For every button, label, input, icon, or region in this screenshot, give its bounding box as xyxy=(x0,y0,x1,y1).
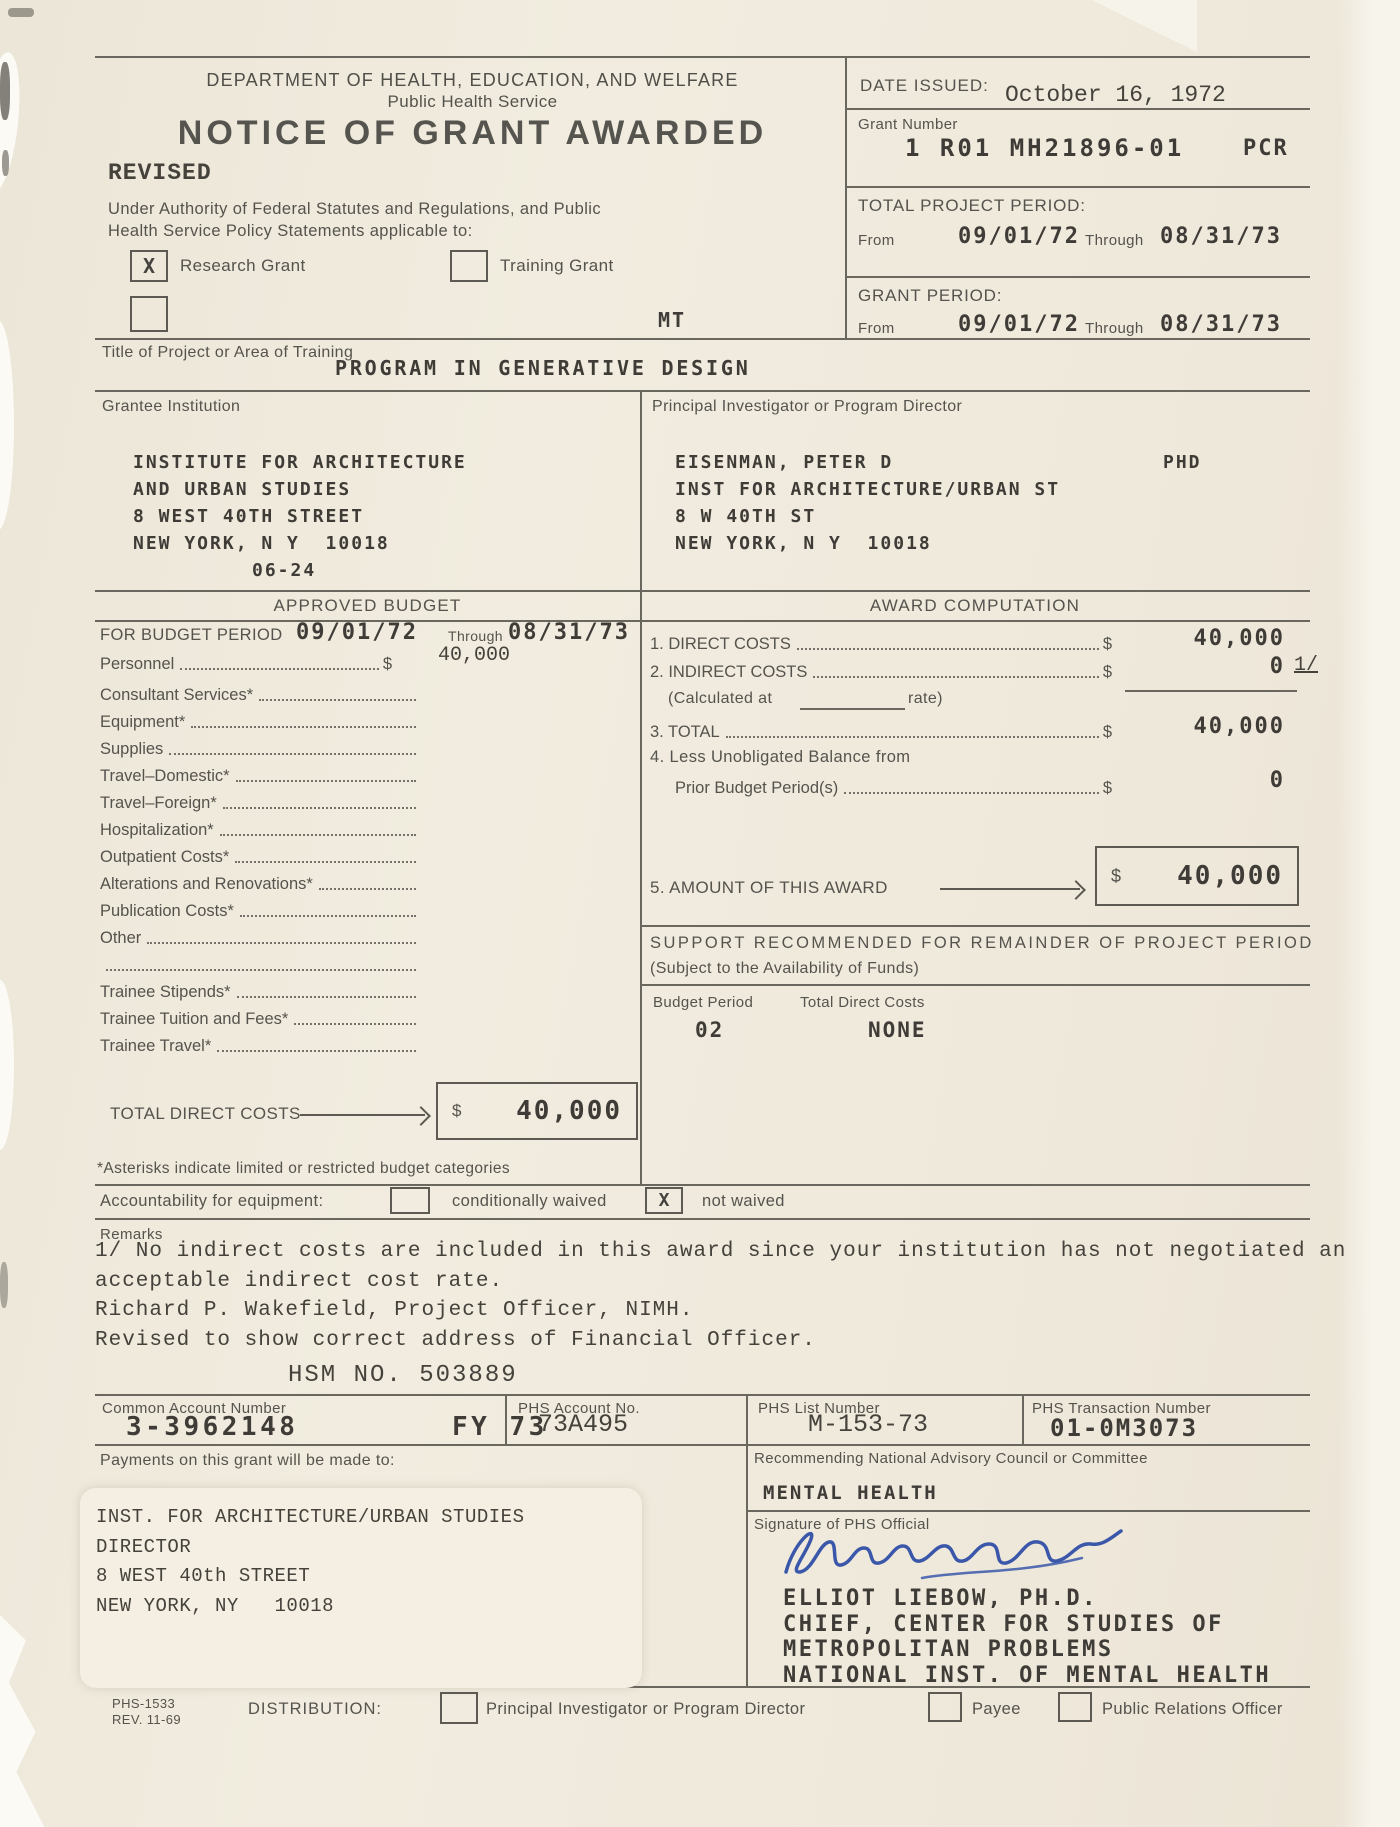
remarks-text: 1/ No indirect costs are included in thi… xyxy=(95,1240,1346,1358)
payee-address-line: DIRECTOR xyxy=(96,1536,524,1566)
amount-of-award-label: 5. AMOUNT OF THIS AWARD xyxy=(650,878,888,898)
budget-through-label: Through xyxy=(448,628,503,644)
edge-smudge xyxy=(0,62,10,120)
personnel-row: Personnel $ xyxy=(100,650,392,674)
phs-account-value: 73A495 xyxy=(538,1410,628,1439)
rule xyxy=(95,1184,1310,1186)
budget-item: Trainee Travel* xyxy=(100,1032,420,1059)
total-arrow xyxy=(300,1114,425,1116)
dotted-leader xyxy=(235,861,416,863)
budget-item: Trainee Stipends* xyxy=(100,978,420,1005)
rule xyxy=(95,620,1310,622)
payee-address-line: NEW YORK, NY 10018 xyxy=(96,1595,524,1625)
support-budget-period-value: 02 xyxy=(695,1018,724,1042)
dotted-leader xyxy=(180,668,379,670)
budget-item: Travel–Foreign* xyxy=(100,789,420,816)
dotted-leader xyxy=(236,780,416,782)
date-issued-value: October 16, 1972 xyxy=(1005,82,1226,108)
table-divider xyxy=(1022,1394,1024,1444)
distribution-payee-label: Payee xyxy=(972,1700,1021,1719)
grantee-code: 06-24 xyxy=(252,560,316,581)
grant-number-suffix: PCR xyxy=(1243,136,1289,161)
payee-address: INST. FOR ARCHITECTURE/URBAN STUDIESDIRE… xyxy=(96,1506,524,1624)
empty-checkbox xyxy=(130,296,168,332)
budget-item-label: Outpatient Costs* xyxy=(100,848,229,867)
paper-right-edge xyxy=(1338,0,1400,1827)
research-grant-checkbox: X xyxy=(130,250,168,282)
rule xyxy=(95,1394,1310,1396)
budget-item-label: Alterations and Renovations* xyxy=(100,875,313,894)
form-title: NOTICE OF GRANT AWARDED xyxy=(95,114,850,153)
rule xyxy=(746,1510,1310,1512)
grant-from-date: 09/01/72 xyxy=(958,312,1080,337)
scanned-paper: DEPARTMENT OF HEALTH, EDUCATION, AND WEL… xyxy=(0,0,1400,1827)
remarks-line: acceptable indirect cost rate. xyxy=(95,1270,1346,1300)
budget-item-label: Publication Costs* xyxy=(100,902,234,921)
grant-through-date: 08/31/73 xyxy=(1160,312,1282,337)
budget-item-label: Trainee Travel* xyxy=(100,1037,211,1056)
grant-period-label: GRANT PERIOD: xyxy=(858,286,1002,306)
dollar-sign: $ xyxy=(383,655,392,674)
direct-costs-row: 1. DIRECT COSTS $ xyxy=(650,632,1112,654)
distribution-pro-label: Public Relations Officer xyxy=(1102,1700,1283,1719)
distribution-pro-checkbox xyxy=(1058,1692,1092,1722)
dotted-leader xyxy=(726,736,1099,738)
from-label: From xyxy=(858,320,895,337)
dollar-sign: $ xyxy=(1111,866,1121,887)
budget-item: Publication Costs* xyxy=(100,897,420,924)
award-computation-header: AWARD COMPUTATION xyxy=(640,596,1310,616)
rule xyxy=(845,276,1310,278)
budget-period-label: FOR BUDGET PERIOD xyxy=(100,626,283,645)
total-value: 40,000 xyxy=(1120,714,1285,739)
calculated-at-label: (Calculated at xyxy=(668,690,772,708)
budget-item-label: Trainee Stipends* xyxy=(100,983,231,1002)
support-total-direct-label: Total Direct Costs xyxy=(800,994,925,1011)
grant-number-value: 1 R01 MH21896-01 xyxy=(905,134,1184,162)
project-from-date: 09/01/72 xyxy=(958,224,1080,249)
dollar-sign: $ xyxy=(1103,635,1112,654)
dotted-leader xyxy=(217,1050,416,1052)
remarks-line: 1/ No indirect costs are included in thi… xyxy=(95,1240,1346,1270)
date-issued-label: DATE ISSUED: xyxy=(860,76,989,96)
dollar-sign: $ xyxy=(1103,663,1112,682)
indirect-footnote-ref: 1/ xyxy=(1294,654,1318,677)
budget-item-label: Hospitalization* xyxy=(100,821,214,840)
rule xyxy=(845,186,1310,188)
distribution-pi-checkbox xyxy=(440,1692,478,1724)
direct-costs-label: 1. DIRECT COSTS xyxy=(650,635,791,654)
official-title-line: NATIONAL INST. OF MENTAL HEALTH xyxy=(783,1663,1271,1689)
dotted-leader xyxy=(191,726,416,728)
budget-item: Supplies xyxy=(100,735,420,762)
asterisk-footnote: *Asterisks indicate limited or restricte… xyxy=(97,1160,510,1178)
distribution-payee-checkbox xyxy=(928,1692,962,1722)
investigator-address-line: INST FOR ARCHITECTURE/URBAN ST xyxy=(675,479,1060,506)
conditionally-waived-label: conditionally waived xyxy=(452,1192,607,1211)
grant-number-label: Grant Number xyxy=(858,116,958,133)
budget-period-from: 09/01/72 xyxy=(296,620,418,645)
phs-transaction-value: 01-0M3073 xyxy=(1050,1414,1198,1442)
torn-corner xyxy=(0,1615,74,1827)
form-revision: REV. 11-69 xyxy=(112,1712,181,1727)
budget-item-label: Supplies xyxy=(100,740,163,759)
payee-address-line: 8 WEST 40th STREET xyxy=(96,1565,524,1595)
budget-item-label: Travel–Foreign* xyxy=(100,794,217,813)
rule xyxy=(95,390,1310,392)
investigator-address: INST FOR ARCHITECTURE/URBAN ST8 W 40TH S… xyxy=(675,479,1060,560)
training-grant-label: Training Grant xyxy=(500,256,614,276)
budget-item: Hospitalization* xyxy=(100,816,420,843)
dollar-sign: $ xyxy=(452,1101,461,1121)
torn-edge xyxy=(0,980,14,1150)
torn-edge xyxy=(0,320,14,530)
edge-smudge xyxy=(8,8,34,17)
form-number: PHS-1533 xyxy=(112,1696,175,1711)
total-direct-costs-label: TOTAL DIRECT COSTS xyxy=(110,1104,301,1124)
dollar-sign: $ xyxy=(1103,779,1112,798)
indirect-costs-value: 0 xyxy=(1120,654,1285,679)
distribution-label: DISTRIBUTION: xyxy=(248,1700,382,1719)
dotted-leader xyxy=(294,1023,416,1025)
dotted-leader xyxy=(106,969,416,971)
dotted-leader xyxy=(844,792,1099,794)
budget-item-label: Consultant Services* xyxy=(100,686,253,705)
rule xyxy=(95,338,1310,340)
budget-item-label: Other xyxy=(100,929,141,948)
budget-period-through: 08/31/73 xyxy=(508,620,630,645)
authority-text: Health Service Policy Statements applica… xyxy=(108,222,473,241)
official-title-block: ELLIOT LIEBOW, PH.D.CHIEF, CENTER FOR ST… xyxy=(783,1586,1271,1688)
dotted-leader xyxy=(223,807,416,809)
through-label: Through xyxy=(1085,232,1144,249)
budget-item: Other xyxy=(100,924,420,951)
grantee-address-line: NEW YORK, N Y 10018 xyxy=(133,533,467,560)
indirect-costs-label: 2. INDIRECT COSTS xyxy=(650,663,807,682)
training-grant-checkbox xyxy=(450,250,488,282)
grantee-address-line: INSTITUTE FOR ARCHITECTURE xyxy=(133,452,467,479)
remarks-line: Richard P. Wakefield, Project Officer, N… xyxy=(95,1299,1346,1329)
remarks-line: Revised to show correct address of Finan… xyxy=(95,1329,1346,1359)
rate-blank-line xyxy=(800,708,905,710)
budget-item: Alterations and Renovations* xyxy=(100,870,420,897)
advisory-council-value: MENTAL HEALTH xyxy=(763,1482,938,1504)
cut-corner xyxy=(1092,0,1197,52)
unobligated-label-2: Prior Budget Period(s) xyxy=(675,779,838,798)
personnel-value: 40,000 xyxy=(438,644,510,667)
rule xyxy=(845,108,1310,110)
type-code: MT xyxy=(658,308,686,332)
budget-item-label: Trainee Tuition and Fees* xyxy=(100,1010,288,1029)
dotted-leader xyxy=(813,676,1098,678)
budget-item: Trainee Tuition and Fees* xyxy=(100,1005,420,1032)
dotted-leader xyxy=(237,996,416,998)
revised-stamp: REVISED xyxy=(108,160,212,186)
distribution-pi-label: Principal Investigator or Program Direct… xyxy=(486,1700,805,1719)
investigator-address-line: 8 W 40TH ST xyxy=(675,506,1060,533)
total-direct-costs-value: 40,000 xyxy=(516,1096,622,1126)
dotted-leader xyxy=(797,648,1099,650)
budget-item: Consultant Services* xyxy=(100,681,420,708)
rule xyxy=(640,984,1310,986)
amount-of-award-value: 40,000 xyxy=(1177,861,1283,891)
budget-item-label: Travel–Domestic* xyxy=(100,767,230,786)
support-subject-text: (Subject to the Availability of Funds) xyxy=(650,960,919,978)
project-title-label: Title of Project or Area of Training xyxy=(102,344,353,362)
support-budget-period-label: Budget Period xyxy=(653,994,753,1011)
edge-smudge xyxy=(2,150,9,176)
investigator-address-line: NEW YORK, N Y 10018 xyxy=(675,533,1060,560)
unobligated-label: 4. Less Unobligated Balance from xyxy=(650,748,910,767)
service-name: Public Health Service xyxy=(95,92,850,112)
rule xyxy=(95,1444,1310,1446)
authority-text: Under Authority of Federal Statutes and … xyxy=(108,200,601,219)
budget-item: Travel–Domestic* xyxy=(100,762,420,789)
grantee-label: Grantee Institution xyxy=(102,398,240,416)
column-divider xyxy=(640,390,642,1184)
payee-address-line: INST. FOR ARCHITECTURE/URBAN STUDIES xyxy=(96,1506,524,1536)
investigator-name: EISENMAN, PETER D xyxy=(675,452,893,473)
common-account-value: 3-3962148 xyxy=(126,1412,298,1442)
checkbox-x-mark: X xyxy=(143,254,155,278)
personnel-label: Personnel xyxy=(100,655,174,674)
project-title-value: PROGRAM IN GENERATIVE DESIGN xyxy=(335,356,751,380)
budget-item-label: Equipment* xyxy=(100,713,185,732)
grantee-address-line: 8 WEST 40TH STREET xyxy=(133,506,467,533)
rule xyxy=(640,925,1310,927)
support-total-direct-value: NONE xyxy=(868,1018,927,1042)
official-title-line: CHIEF, CENTER FOR STUDIES OF xyxy=(783,1612,1271,1638)
grantee-address: INSTITUTE FOR ARCHITECTUREAND URBAN STUD… xyxy=(133,452,467,560)
hsm-number: HSM NO. 503889 xyxy=(288,1362,518,1389)
not-waived-label: not waived xyxy=(702,1192,785,1211)
grantee-address-line: AND URBAN STUDIES xyxy=(133,479,467,506)
advisory-label: Recommending National Advisory Council o… xyxy=(754,1450,1148,1467)
amount-arrow xyxy=(940,888,1080,890)
rule xyxy=(95,1218,1310,1220)
phs-list-value: M-153-73 xyxy=(808,1410,928,1439)
budget-items: Consultant Services* Equipment* Supplies… xyxy=(100,681,420,1059)
project-through-date: 08/31/73 xyxy=(1160,224,1282,249)
total-project-period-label: TOTAL PROJECT PERIOD: xyxy=(858,196,1086,216)
department-name: DEPARTMENT OF HEALTH, EDUCATION, AND WEL… xyxy=(95,70,850,91)
dotted-leader xyxy=(319,888,416,890)
support-recommended-text: SUPPORT RECOMMENDED FOR REMAINDER OF PRO… xyxy=(650,934,1314,953)
total-label: 3. TOTAL xyxy=(650,723,720,742)
investigator-degree: PHD xyxy=(1163,452,1202,473)
dollar-sign: $ xyxy=(1103,723,1112,742)
grant-notice-document: { "header": { "department": "DEPARTMENT … xyxy=(0,0,1400,1827)
through-label: Through xyxy=(1085,320,1144,337)
unobligated-row: Prior Budget Period(s) $ xyxy=(675,776,1112,798)
indirect-costs-row: 2. INDIRECT COSTS $ xyxy=(650,660,1112,682)
dotted-leader xyxy=(169,753,416,755)
payments-label: Payments on this grant will be made to: xyxy=(100,1452,395,1470)
approved-budget-header: APPROVED BUDGET xyxy=(95,596,640,616)
official-title-line: ELLIOT LIEBOW, PH.D. xyxy=(783,1586,1271,1612)
dotted-leader xyxy=(147,942,416,944)
unobligated-value: 0 xyxy=(1120,768,1285,793)
total-direct-costs-box: $ 40,000 xyxy=(436,1082,638,1140)
top-rule xyxy=(95,56,1310,58)
edge-smudge xyxy=(0,1262,8,1308)
official-title-line: METROPOLITAN PROBLEMS xyxy=(783,1637,1271,1663)
phs-official-signature xyxy=(772,1518,1132,1593)
rate-label: rate) xyxy=(908,690,943,708)
research-grant-label: Research Grant xyxy=(180,256,306,276)
accountability-label: Accountability for equipment: xyxy=(100,1192,323,1211)
dotted-leader xyxy=(220,834,416,836)
checkbox-x-mark: X xyxy=(659,1190,670,1211)
rule xyxy=(95,590,1310,592)
dotted-leader xyxy=(240,915,416,917)
budget-item xyxy=(100,951,420,978)
amount-of-award-box: $ 40,000 xyxy=(1095,846,1299,906)
investigator-label: Principal Investigator or Program Direct… xyxy=(652,398,962,416)
not-waived-checkbox: X xyxy=(645,1187,683,1214)
from-label: From xyxy=(858,232,895,249)
dotted-leader xyxy=(259,699,416,701)
direct-costs-value: 40,000 xyxy=(1120,626,1285,651)
sum-rule xyxy=(1125,690,1297,692)
table-divider xyxy=(746,1394,748,1686)
budget-item: Equipment* xyxy=(100,708,420,735)
budget-item: Outpatient Costs* xyxy=(100,843,420,870)
conditionally-waived-checkbox xyxy=(390,1187,430,1214)
total-row: 3. TOTAL $ xyxy=(650,720,1112,742)
